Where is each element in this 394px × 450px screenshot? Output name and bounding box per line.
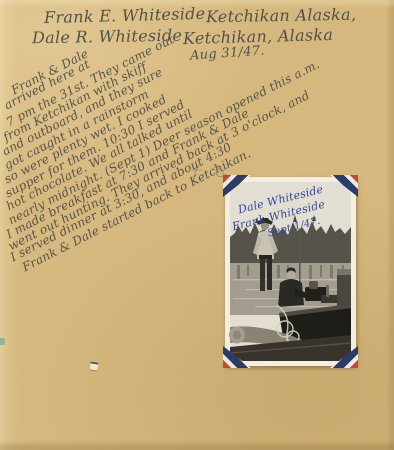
green-edge-mark bbox=[0, 338, 5, 345]
album-page: Frank E. Whiteside Ketchikan Alaska, Dal… bbox=[0, 0, 394, 450]
photograph: Dale Whiteside Frank Whiteside Sept 1/47… bbox=[225, 177, 356, 366]
header-place-1: Ketchikan Alaska, bbox=[206, 5, 357, 27]
pencil-scribble bbox=[38, 141, 54, 151]
paper-chip bbox=[89, 361, 98, 370]
header-name-1: Frank E. Whiteside bbox=[44, 4, 206, 27]
